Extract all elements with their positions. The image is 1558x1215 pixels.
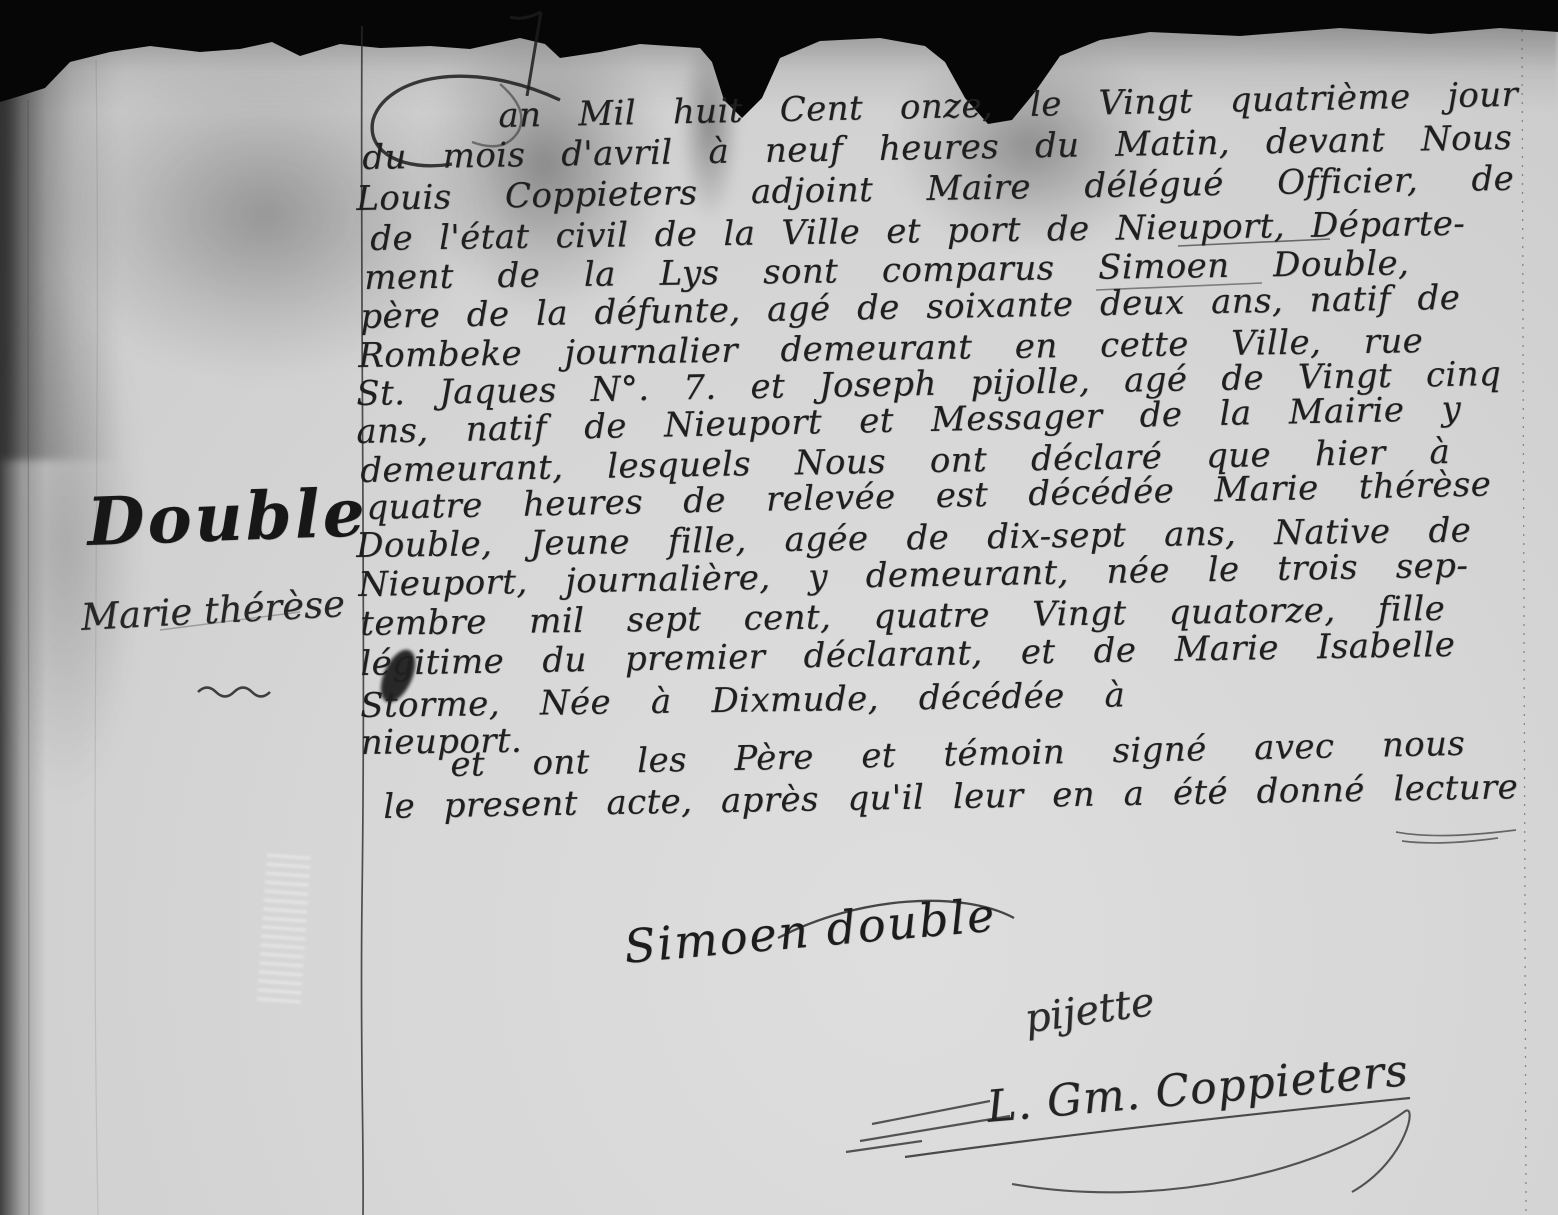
signature-father: Simoen double: [622, 889, 998, 972]
signature-witness: pijette: [1022, 980, 1157, 1042]
scan-left-corner-stain: [0, 0, 120, 460]
margin-given-names: Marie thérèse: [80, 584, 346, 638]
signature-officer: L. Gm. Coppieters: [985, 1047, 1411, 1132]
margin-surname: Double: [86, 476, 369, 558]
death-record-scan: Double Marie thérèse an Mil huit Cent on…: [0, 0, 1558, 1215]
bleedthrough-marks: [257, 851, 311, 1004]
